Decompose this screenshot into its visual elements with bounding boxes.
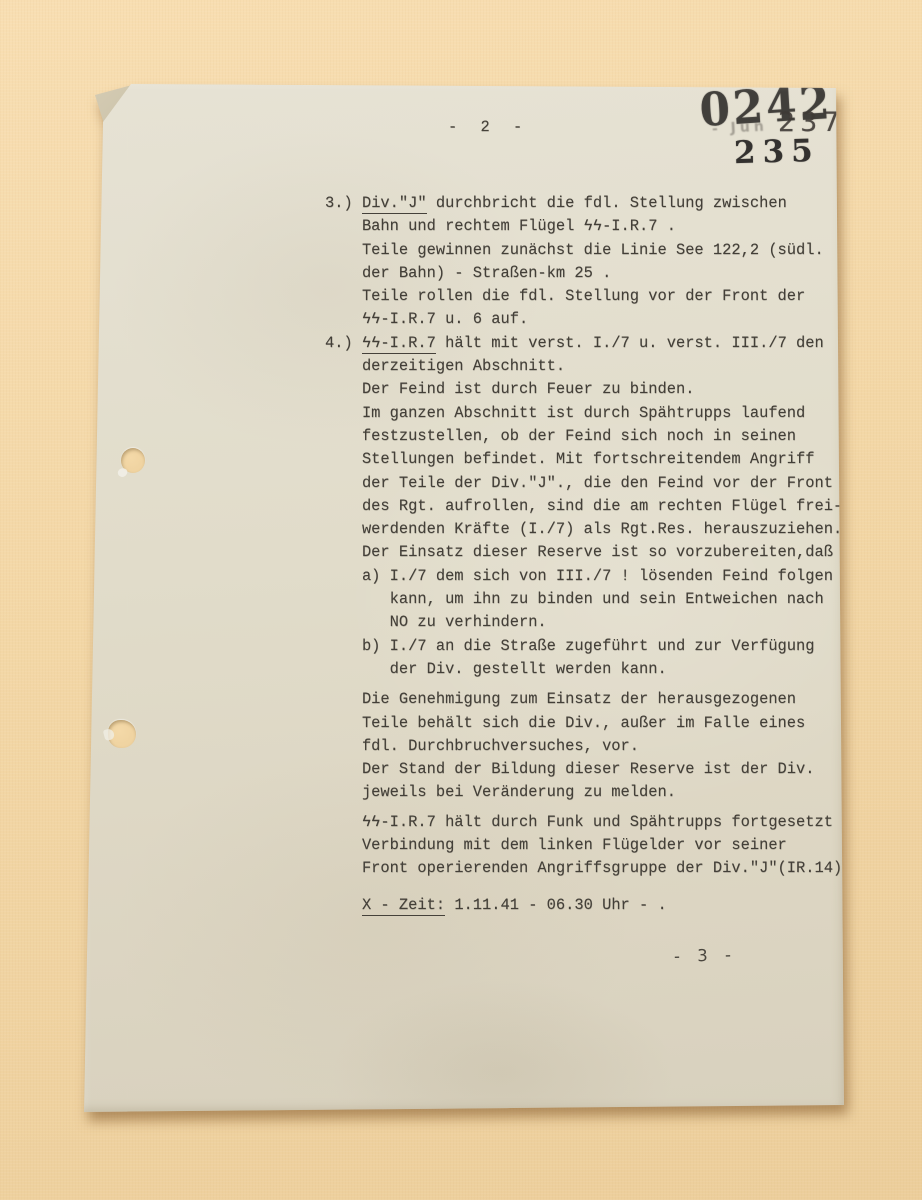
text-segment: festzustellen, ob der Feind sich noch in…: [325, 427, 796, 445]
document-line: festzustellen, ob der Feind sich noch in…: [325, 425, 842, 448]
underlined-text: Div."J": [362, 194, 427, 214]
text-segment: Verbindung mit dem linken Flügelder vor …: [325, 836, 787, 854]
stamp-number-bottom: 235: [734, 133, 821, 171]
text-segment: 3.): [325, 194, 362, 212]
text-segment: [325, 896, 362, 914]
document-line: Der Stand der Bildung dieser Reserve ist…: [325, 758, 842, 781]
text-segment: derzeitigen Abschnitt.: [325, 357, 565, 375]
paragraph: Die Genehmigung zum Einsatz der herausge…: [325, 688, 842, 804]
text-segment: b) I./7 an die Straße zugeführt und zur …: [325, 637, 815, 655]
text-segment: Die Genehmigung zum Einsatz der herausge…: [325, 690, 796, 708]
document-line: Die Genehmigung zum Einsatz der herausge…: [325, 688, 842, 711]
document-line: Der Einsatz dieser Reserve ist so vorzub…: [325, 541, 842, 564]
document-line: jeweils bei Veränderung zu melden.: [325, 781, 842, 804]
document-line: Der Feind ist durch Feuer zu binden.: [325, 378, 842, 401]
paper-sheet: 0242 - Jun 237 235 - 2 - 3.) Div."J" dur…: [82, 82, 846, 1114]
text-segment: Der Feind ist durch Feuer zu binden.: [325, 380, 694, 398]
text-segment: Front operierenden Angriffsgruppe der Di…: [325, 859, 842, 877]
text-segment: Bahn und rechtem Flügel ϟϟ-I.R.7 .: [325, 217, 676, 235]
document-line: Bahn und rechtem Flügel ϟϟ-I.R.7 .: [325, 215, 842, 238]
text-segment: Teile behält sich die Div., außer im Fal…: [325, 714, 805, 732]
document-line: derzeitigen Abschnitt.: [325, 355, 842, 378]
paper-surface: 0242 - Jun 237 235 - 2 - 3.) Div."J" dur…: [82, 82, 846, 1114]
text-segment: ϟϟ-I.R.7 hält durch Funk und Spähtrupps …: [325, 813, 833, 831]
text-segment: Teile rollen die fdl. Stellung vor der F…: [325, 287, 805, 305]
text-segment: werdenden Kräfte (I./7) als Rgt.Res. her…: [325, 520, 842, 538]
document-line: a) I./7 dem sich von III./7 ! lösenden F…: [325, 565, 842, 588]
text-segment: der Teile der Div."J"., die den Feind vo…: [325, 474, 833, 492]
text-segment: ϟϟ-I.R.7 u. 6 auf.: [325, 310, 528, 328]
text-segment: Teile gewinnen zunächst die Linie See 12…: [325, 241, 824, 259]
document-line: Teile rollen die fdl. Stellung vor der F…: [325, 285, 842, 308]
text-segment: a) I./7 dem sich von III./7 ! lösenden F…: [325, 567, 833, 585]
text-segment: hält mit verst. I./7 u. verst. III./7 de…: [436, 334, 824, 352]
paragraph: 3.) Div."J" durchbricht die fdl. Stellun…: [325, 192, 842, 332]
text-segment: NO zu verhindern.: [325, 613, 547, 631]
document-line: Stellungen befindet. Mit fortschreitende…: [325, 448, 842, 471]
punch-hole-top: [121, 448, 145, 473]
text-segment: 4.): [325, 334, 362, 352]
text-segment: jeweils bei Veränderung zu melden.: [325, 783, 676, 801]
paragraph: 4.) ϟϟ-I.R.7 hält mit verst. I./7 u. ver…: [325, 332, 842, 681]
document-line: kann, um ihn zu binden und sein Entweich…: [325, 588, 842, 611]
document-text: 3.) Div."J" durchbricht die fdl. Stellun…: [325, 192, 842, 917]
document-line: ϟϟ-I.R.7 u. 6 auf.: [325, 308, 842, 331]
text-segment: fdl. Durchbruchversuches, vor.: [325, 737, 639, 755]
paragraph: X - Zeit: 1.11.41 - 06.30 Uhr - .: [325, 894, 842, 917]
document-line: werdenden Kräfte (I./7) als Rgt.Res. her…: [325, 518, 842, 541]
paragraph: ϟϟ-I.R.7 hält durch Funk und Spähtrupps …: [325, 811, 842, 881]
scan-background: 0242 - Jun 237 235 - 2 - 3.) Div."J" dur…: [0, 0, 922, 1200]
text-segment: des Rgt. aufrollen, sind die am rechten …: [325, 497, 842, 515]
text-segment: Im ganzen Abschnitt ist durch Spähtrupps…: [325, 404, 805, 422]
document-line: Teile gewinnen zunächst die Linie See 12…: [325, 239, 842, 262]
document-line: der Teile der Div."J"., die den Feind vo…: [325, 472, 842, 495]
text-segment: der Bahn) - Straßen-km 25 .: [325, 264, 611, 282]
document-line: b) I./7 an die Straße zugeführt und zur …: [325, 635, 842, 658]
text-segment: Stellungen befindet. Mit fortschreitende…: [325, 450, 815, 468]
underlined-text: X - Zeit:: [362, 896, 445, 916]
document-line: 3.) Div."J" durchbricht die fdl. Stellun…: [325, 192, 842, 215]
document-line: ϟϟ-I.R.7 hält durch Funk und Spähtrupps …: [325, 811, 842, 834]
document-line: der Div. gestellt werden kann.: [325, 658, 842, 681]
document-line: Front operierenden Angriffsgruppe der Di…: [325, 857, 842, 880]
punch-hole-bottom: [108, 720, 136, 748]
text-segment: kann, um ihn zu binden und sein Entweich…: [325, 590, 824, 608]
document-line: 4.) ϟϟ-I.R.7 hält mit verst. I./7 u. ver…: [325, 332, 842, 355]
document-line: Im ganzen Abschnitt ist durch Spähtrupps…: [325, 402, 842, 425]
text-segment: der Div. gestellt werden kann.: [325, 660, 667, 678]
document-line: der Bahn) - Straßen-km 25 .: [325, 262, 842, 285]
next-page-number-handwritten: - 3 -: [674, 945, 737, 966]
underlined-text: ϟϟ-I.R.7: [362, 334, 436, 354]
text-segment: durchbricht die fdl. Stellung zwischen: [427, 194, 787, 212]
document-line: des Rgt. aufrollen, sind die am rechten …: [325, 495, 842, 518]
text-segment: Der Stand der Bildung dieser Reserve ist…: [325, 760, 815, 778]
text-segment: Der Einsatz dieser Reserve ist so vorzub…: [325, 543, 833, 561]
document-line: Verbindung mit dem linken Flügelder vor …: [325, 834, 842, 857]
page-number-header: - 2 -: [448, 118, 529, 136]
text-segment: 1.11.41 - 06.30 Uhr - .: [445, 896, 667, 914]
document-line: X - Zeit: 1.11.41 - 06.30 Uhr - .: [325, 894, 842, 917]
document-line: NO zu verhindern.: [325, 611, 842, 634]
document-line: fdl. Durchbruchversuches, vor.: [325, 735, 842, 758]
document-line: Teile behält sich die Div., außer im Fal…: [325, 712, 842, 735]
